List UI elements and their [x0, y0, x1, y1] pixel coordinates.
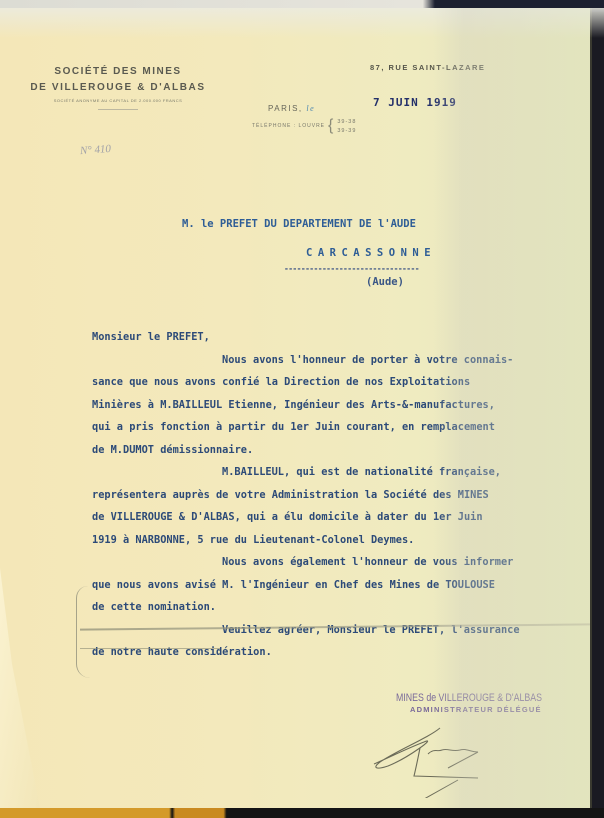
city-label: PARIS,: [268, 104, 303, 113]
place-label: PARIS, le: [268, 104, 315, 113]
body-line: de VILLEROUGE & D'ALBAS, qui a élu domic…: [92, 506, 592, 529]
body-line: Minières à M.BAILLEUL Etienne, Ingénieur…: [92, 394, 592, 417]
body-line: qui a pris fonction à partir du 1er Juin…: [92, 416, 592, 439]
phone-numbers: 39-38 39-39: [337, 119, 356, 134]
body-line: M.BAILLEUL, qui est de nationalité franç…: [92, 461, 592, 484]
recipient-line: M. le PREFET DU DEPARTEMENT DE l'AUDE: [182, 218, 416, 230]
pencil-underline-short: [80, 648, 220, 649]
body-line: 1919 à NARBONNE, 5 rue du Lieutenant-Col…: [92, 529, 592, 552]
body-line: Nous avons également l'honneur de vous i…: [92, 551, 592, 574]
company-subline: SOCIÉTÉ ANONYME AU CAPITAL DE 2.000.000 …: [18, 98, 218, 103]
letterhead: SOCIÉTÉ DES MINES DE VILLEROUGE & D'ALBA…: [18, 66, 218, 110]
phone-number: 39-39: [337, 128, 356, 134]
letter-body: Monsieur le PREFET, Nous avons l'honneur…: [92, 326, 592, 664]
company-address: 87, RUE SAINT-LAZARE: [370, 63, 485, 72]
company-name-line1: SOCIÉTÉ DES MINES: [18, 66, 218, 77]
salutation: Monsieur le PREFET,: [92, 326, 592, 349]
background-bottom: [0, 808, 604, 818]
pencil-reference-note: N° 410: [80, 143, 112, 157]
letter-page: SOCIÉTÉ DES MINES DE VILLEROUGE & D'ALBA…: [0, 8, 592, 808]
letter-date: 7 JUIN 1919: [373, 96, 457, 109]
pencil-margin-bracket: [76, 586, 91, 678]
company-name-line2: DE VILLEROUGE & D'ALBAS: [18, 82, 218, 93]
body-line: représentera auprès de votre Administrat…: [92, 484, 592, 507]
body-line: de notre haute considération.: [92, 641, 592, 664]
brace-icon: {: [328, 118, 334, 134]
recipient-dashes: --------------------------------: [284, 264, 419, 273]
signature-icon: [368, 718, 518, 798]
city-mark: le: [306, 104, 315, 113]
phone-label: TÉLÉPHONE : LOUVRE: [252, 123, 325, 129]
phone-number: 39-38: [337, 119, 356, 125]
body-line: de M.DUMOT démissionnaire.: [92, 439, 592, 462]
stamp-title: ADMINISTRATEUR DÉLÉGUÉ: [396, 705, 578, 714]
recipient-city: CARCASSONNE: [306, 247, 436, 259]
body-line: sance que nous avons confié la Direction…: [92, 371, 592, 394]
phone-block: TÉLÉPHONE : LOUVRE { 39-38 39-39: [252, 118, 356, 134]
company-stamp: MINES de VILLEROUGE & D'ALBAS ADMINISTRA…: [396, 692, 578, 714]
body-line: de cette nomination.: [92, 596, 592, 619]
recipient-region: (Aude): [366, 276, 404, 288]
paper-fold: [0, 568, 40, 808]
letterhead-rule: [98, 109, 138, 110]
stamp-company: MINES de VILLEROUGE & D'ALBAS: [396, 692, 542, 704]
body-line: que nous avons avisé M. l'Ingénieur en C…: [92, 574, 592, 597]
body-line: Nous avons l'honneur de porter à votre c…: [92, 349, 592, 372]
